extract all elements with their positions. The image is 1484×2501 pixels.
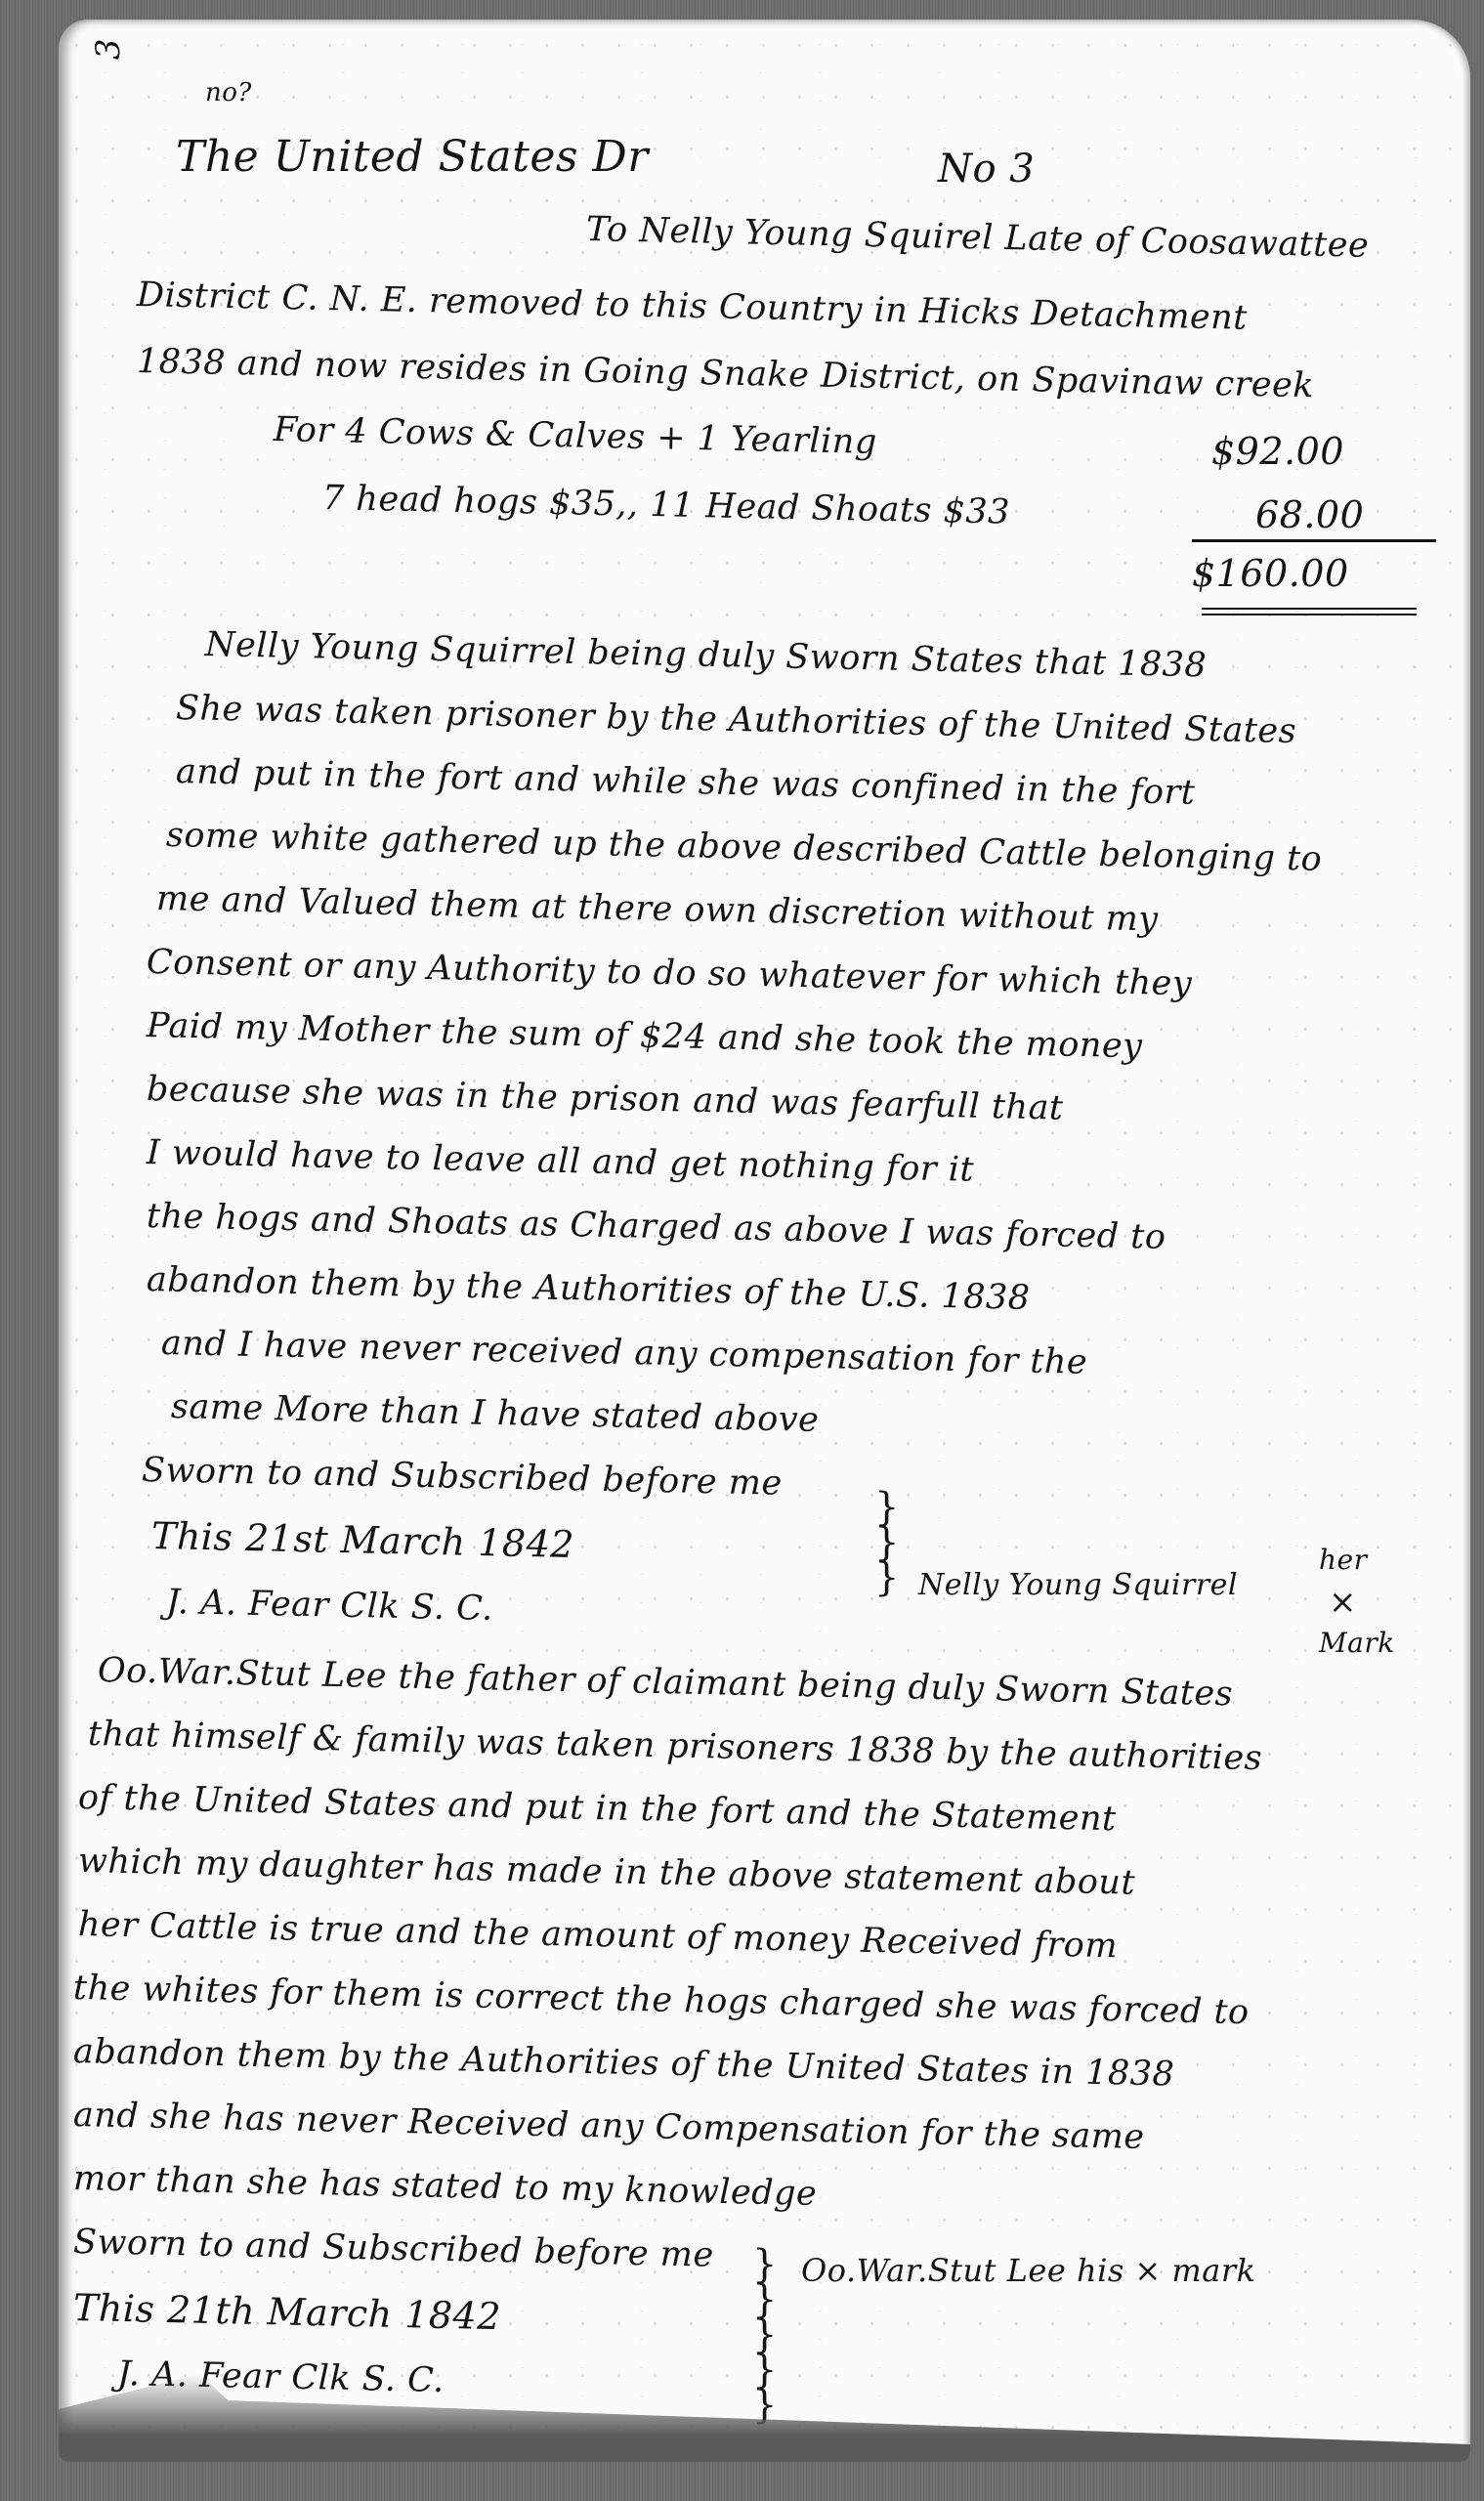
father-statement-line: abandon them by the Authorities of the U… (73, 2032, 1175, 2095)
claim-header-line: District C. N. E. removed to this Countr… (137, 276, 1249, 338)
jurat-date: This 21th March 1842 (73, 2286, 502, 2338)
manuscript-page: 3 no? The United States Dr No 3 To Nelly… (59, 20, 1470, 2462)
document-number: No 3 (938, 147, 1035, 191)
total-amount: $160.00 (1192, 552, 1349, 595)
statement-line: same More than I have stated above (171, 1387, 820, 1440)
statement-line: I would have to leave all and get nothin… (147, 1133, 975, 1190)
father-statement-line: the whites for them is correct the hogs … (73, 1969, 1250, 2032)
father-statement-line: of the United States and put in the fort… (78, 1778, 1117, 1839)
total-underline (1202, 608, 1417, 610)
item-amount: 68.00 (1255, 493, 1364, 536)
statement-line: She was taken prisoner by the Authoritie… (176, 689, 1297, 751)
item-amount: $92.00 (1211, 430, 1344, 473)
claimant-signature: Nelly Young Squirrel (918, 1568, 1238, 1602)
father-statement-line: her Cattle is true and the amount of mon… (78, 1905, 1119, 1966)
jurat-sworn-line: Sworn to and Subscribed before me (142, 1451, 783, 1504)
statement-line: some white gathered up the above describ… (166, 816, 1323, 879)
jurat-date: This 21st March 1842 (151, 1514, 575, 1566)
mark-label-bottom: Mark (1319, 1627, 1395, 1659)
statement-line: Paid my Mother the sum of $24 and she to… (147, 1006, 1143, 1066)
sum-rule (1192, 539, 1436, 542)
jurat-sworn-line: Sworn to and Subscribed before me (73, 2223, 714, 2275)
statement-line: Nelly Young Squirrel being duly Sworn St… (205, 625, 1208, 685)
jurat-clerk: J. A. Fear Clk S. C. (166, 1583, 494, 1629)
item-description: For 4 Cows & Calves + 1 Yearling (274, 410, 878, 462)
statement-line: because she was in the prison and was fe… (147, 1070, 1064, 1128)
query-mark: no? (205, 78, 252, 107)
father-statement-line: that himself & family was taken prisoner… (88, 1715, 1263, 1778)
mark-label-top: her (1319, 1544, 1368, 1576)
signature-x-mark: × (1329, 1583, 1357, 1622)
claim-header-line: To Nelly Young Squirel Late of Coosawatt… (586, 210, 1370, 266)
claim-header-line: 1838 and now resides in Going Snake Dist… (137, 342, 1315, 405)
statement-line: Consent or any Authority to do so whatev… (147, 943, 1193, 1003)
brace: }}}}} (752, 2247, 777, 2423)
page-number: 3 (89, 38, 128, 60)
father-statement-line: Oo.War.Stut Lee the father of claimant b… (98, 1651, 1234, 1714)
statement-line: me and Valued them at there own discreti… (156, 879, 1159, 939)
total-underline (1202, 614, 1417, 615)
brace: }}} (874, 1490, 899, 1595)
father-statement-line: and she has never Received any Compensat… (73, 2096, 1145, 2157)
statement-line: abandon them by the Authorities of the U… (147, 1260, 1031, 1318)
father-statement-line: which my daughter has made in the above … (78, 1842, 1136, 1903)
document-heading: The United States Dr (176, 132, 649, 182)
item-description: 7 head hogs $35,, 11 Head Shoats $33 (322, 479, 1011, 532)
father-statement-line: mor than she has stated to my knowledge (73, 2159, 818, 2214)
statement-line: and I have never received any compensati… (161, 1324, 1088, 1382)
statement-line: the hogs and Shoats as Charged as above … (147, 1197, 1166, 1257)
father-signature: Oo.War.Stut Lee his × mark (801, 2252, 1256, 2289)
statement-line: and put in the fort and while she was co… (176, 752, 1196, 813)
